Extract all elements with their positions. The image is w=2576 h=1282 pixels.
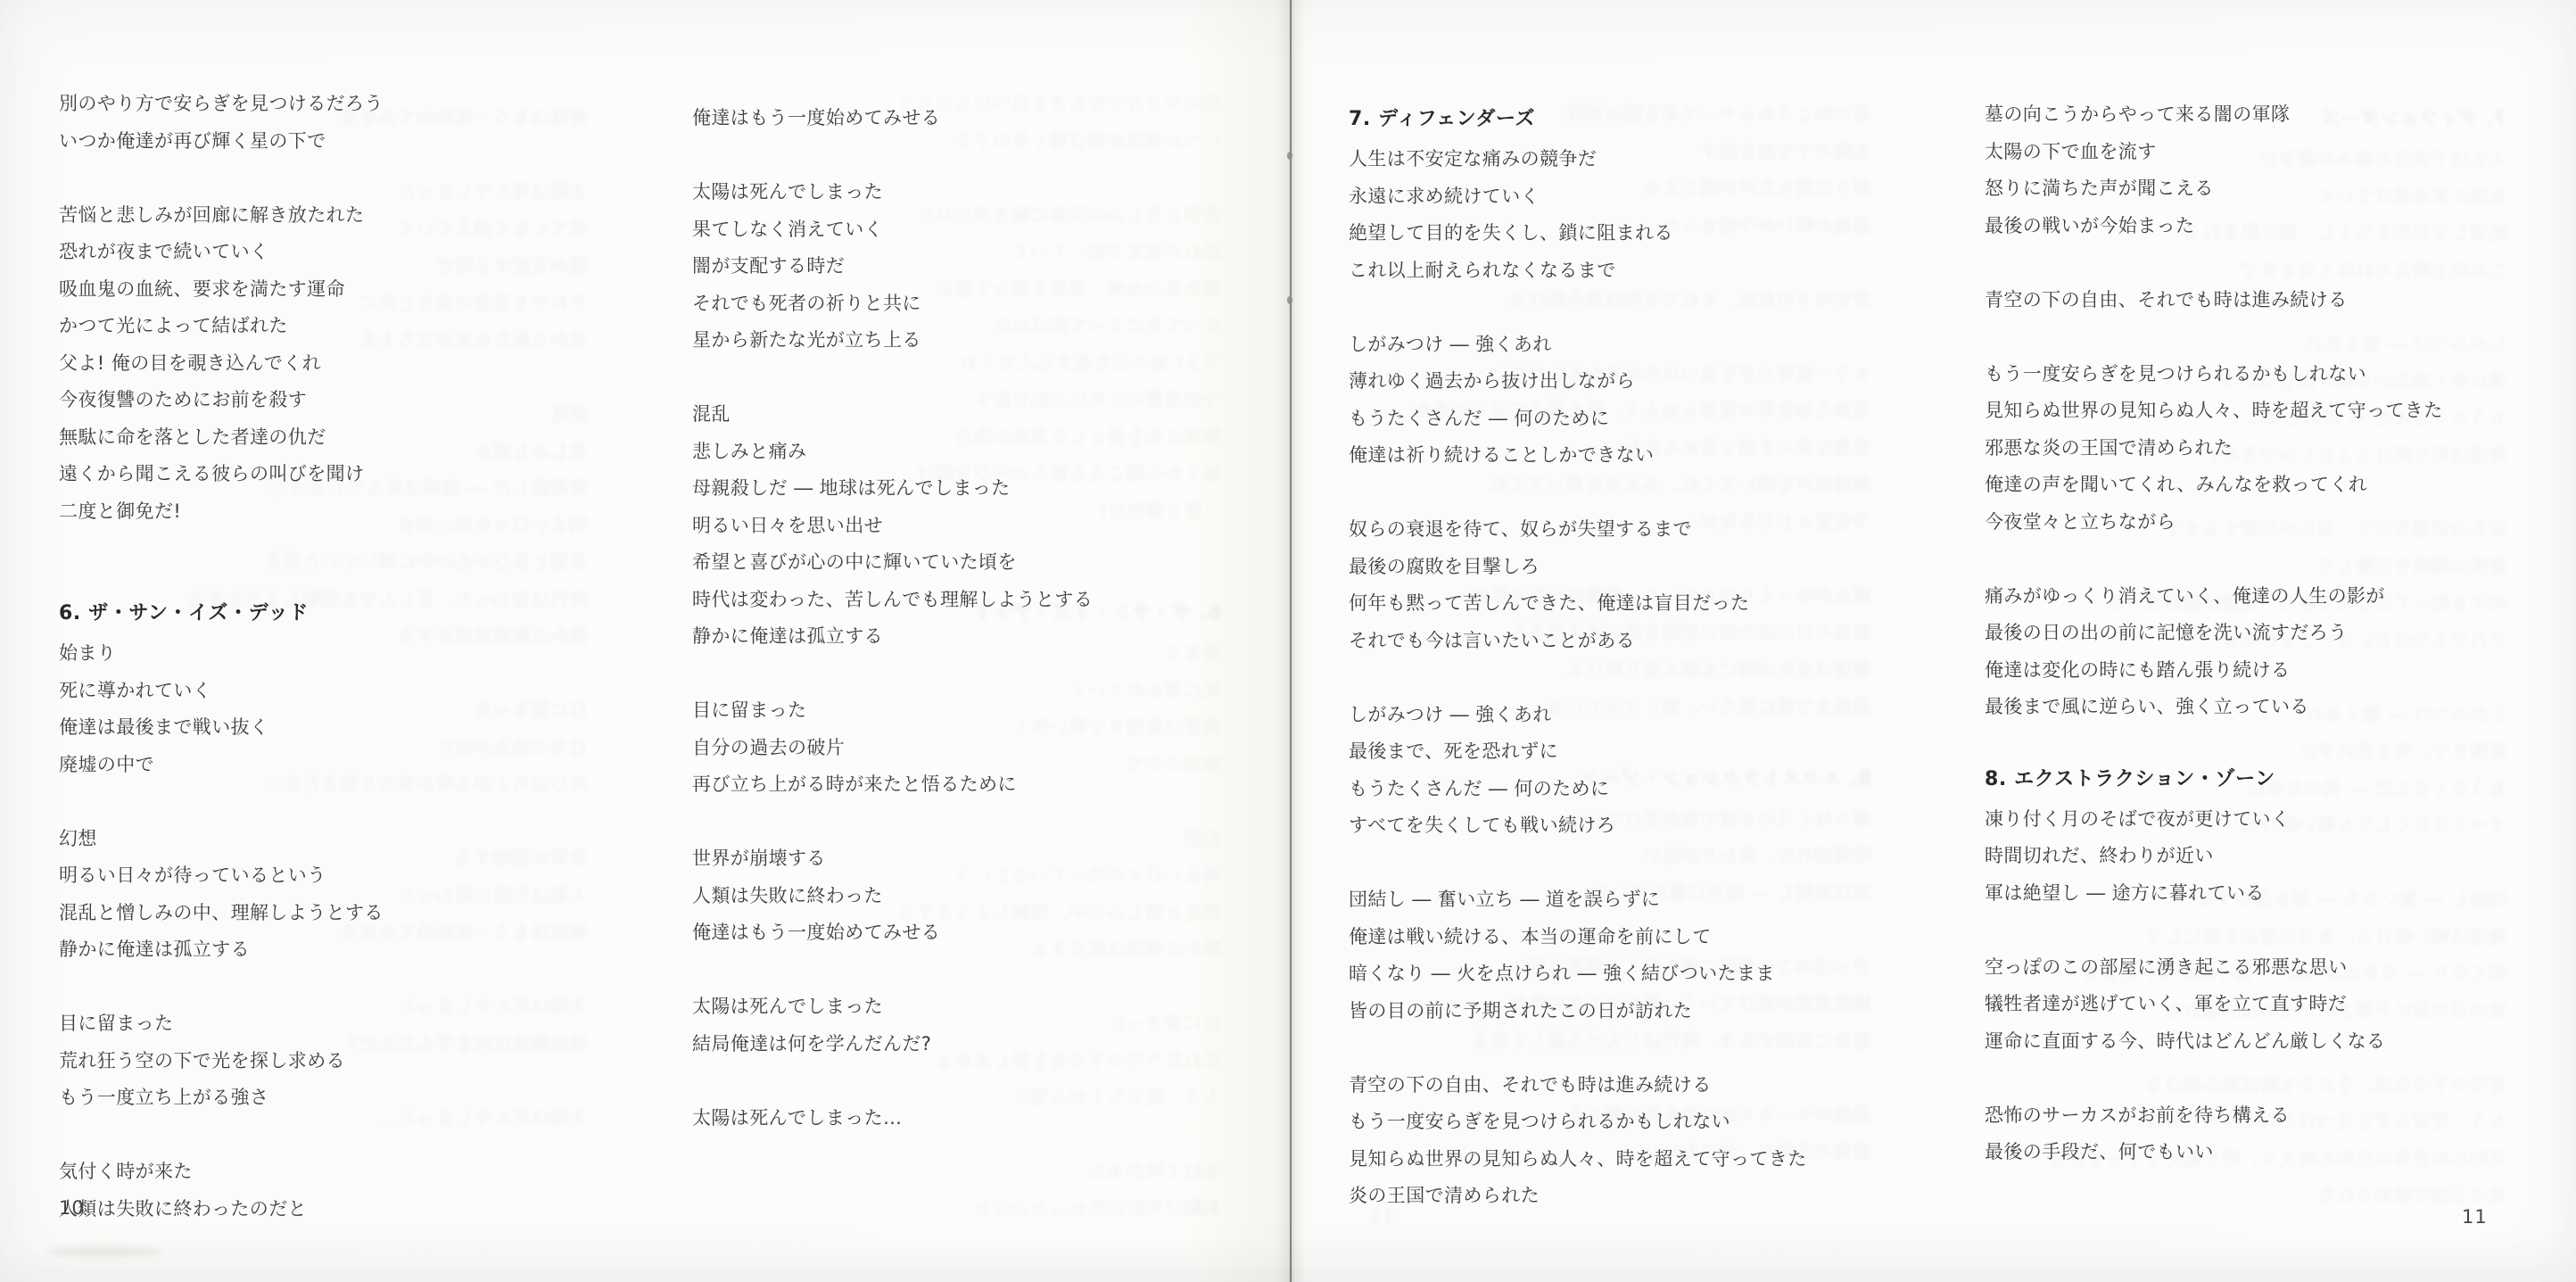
- lyric-line: 世界が崩壊する: [692, 840, 1263, 878]
- track-title: 7. ディフェンダーズ: [1349, 100, 1920, 139]
- lyric-line: 犠牲者達が逃げていく、軍を立て直す時だ: [1985, 986, 2555, 1023]
- lyric-line: もうたくさんだ ― 何のために: [1349, 771, 1920, 808]
- lyrics-column: 7. ディフェンダーズ人生は不安定な痛みの競争だ永遠に求め続けていく絶望して目的…: [1349, 100, 1920, 1215]
- lyric-line: 最後の日の出の前に記憶を洗い流すだろう: [1985, 615, 2555, 652]
- lyric-line: 太陽の下で血を流す: [1985, 134, 2555, 171]
- lyric-line: 俺達は祈り続けることしかできない: [1349, 437, 1920, 475]
- lyric-line: 最後まで風に逆らい、強く立っている: [1985, 689, 2555, 726]
- lyric-stanza: 混乱悲しみと痛み母親殺しだ ― 地球は死んでしまった明るい日々を思い出せ希望と喜…: [692, 396, 1263, 656]
- lyric-line: 苦悩と悲しみが回廊に解き放たれた: [59, 197, 630, 235]
- lyric-line: 別のやり方で安らぎを見つけるだろう: [59, 86, 630, 123]
- lyric-line: 希望と喜びが心の中に輝いていた頃を: [692, 544, 1263, 582]
- lyric-line: 薄れゆく過去から抜け出しながら: [1349, 363, 1920, 401]
- lyric-line: 凍り付く月のそばで夜が更けていく: [1985, 801, 2555, 839]
- lyric-stanza: 幻想明るい日々が待っているという混乱と憎しみの中、理解しようとする静かに俺達は孤…: [59, 821, 630, 969]
- lyric-stanza: 奴らの衰退を待て、奴らが失望するまで最後の腐敗を目撃しろ何年も黙って苦しんできた…: [1349, 511, 1920, 659]
- page-number: 11: [2462, 1206, 2488, 1228]
- lyric-line: これ以上耐えられなくなるまで: [1349, 252, 1920, 290]
- lyric-stanza: 団結し ― 奮い立ち ― 道を誤らずに俺達は戦い続ける、本当の運命を前にして暗く…: [1349, 881, 1920, 1030]
- lyric-line: 邪悪な炎の王国で清められた: [1985, 430, 2555, 467]
- lyric-line: 炎の王国で清められた: [1349, 1178, 1920, 1215]
- lyric-line: 永遠に求め続けていく: [1349, 178, 1920, 216]
- lyric-line: 最後の戦いが今始まった: [1985, 208, 2555, 245]
- lyrics-column: 別のやり方で安らぎを見つけるだろういつか俺達が再び輝く星の下で苦悩と悲しみが回廊…: [59, 86, 630, 1228]
- lyric-stanza: 別のやり方で安らぎを見つけるだろういつか俺達が再び輝く星の下で: [59, 86, 630, 160]
- lyric-line: 混乱: [692, 396, 1263, 434]
- lyric-line: 悲しみと痛み: [692, 434, 1263, 471]
- lyric-stanza: 痛みがゆっくり消えていく、俺達の人生の影が最後の日の出の前に記憶を洗い流すだろう…: [1985, 578, 2555, 726]
- lyric-line: すべてを失くしても戦い続けろ: [1349, 807, 1920, 845]
- lyric-line: 果てしなく消えていく: [692, 211, 1263, 249]
- lyric-line: 人生は不安定な痛みの競争だ: [1349, 141, 1920, 178]
- lyric-line: 目に留まった: [692, 692, 1263, 730]
- lyric-line: しがみつけ ― 強くあれ: [1349, 327, 1920, 364]
- lyric-line: 人類は失敗に終わったのだと: [59, 1191, 630, 1228]
- lyric-line: 青空の下の自由、それでも時は進み続ける: [1985, 282, 2555, 319]
- lyric-line: しがみつけ ― 強くあれ: [1349, 697, 1920, 734]
- lyric-line: 俺達はもう一度始めてみせる: [692, 100, 1263, 137]
- lyric-line: 再び立ち上がる時が来たと悟るために: [692, 766, 1263, 804]
- lyric-line: 墓の向こうからやって来る闇の軍隊: [1985, 96, 2555, 134]
- lyric-line: かつて光によって結ばれた: [59, 308, 630, 345]
- lyric-line: 今夜復讐のためにお前を殺す: [59, 382, 630, 419]
- lyric-stanza: 青空の下の自由、それでも時は進み続けるもう一度安らぎを見つけられるかもしれない見…: [1349, 1067, 1920, 1215]
- lyric-line: 明るい日々を思い出せ: [692, 508, 1263, 545]
- lyric-stanza: 太陽は死んでしまった結局俺達は何を学んだんだ?: [692, 988, 1263, 1063]
- lyric-line: 団結し ― 奮い立ち ― 道を誤らずに: [1349, 881, 1920, 919]
- lyric-line: 人類は失敗に終わった: [692, 878, 1263, 915]
- lyric-line: 俺達はもう一度始めてみせる: [692, 914, 1263, 952]
- lyric-line: 闇が支配する時だ: [692, 248, 1263, 285]
- lyric-line: 自分の過去の破片: [692, 730, 1263, 767]
- lyric-line: 最後まで、死を恐れずに: [1349, 733, 1920, 771]
- lyric-line: 絶望して目的を失くし、鎖に阻まれる: [1349, 215, 1920, 252]
- lyric-stanza: 太陽は死んでしまった…: [692, 1100, 1263, 1137]
- lyric-line: 俺達は戦い続ける、本当の運命を前にして: [1349, 919, 1920, 956]
- lyric-line: それでも今は言いたいことがある: [1349, 623, 1920, 660]
- lyric-line: 結局俺達は何を学んだんだ?: [692, 1026, 1263, 1063]
- lyrics-column: 墓の向こうからやって来る闇の軍隊太陽の下で血を流す怒りに満ちた声が聞こえる最後の…: [1985, 96, 2555, 1171]
- lyric-stanza: 太陽は死んでしまった果てしなく消えていく闇が支配する時だそれでも死者の祈りと共に…: [692, 174, 1263, 360]
- page-11-content: 7. ディフェンダーズ人生は不安定な痛みの競争だ永遠に求め続けていく絶望して目的…: [1291, 0, 2576, 1282]
- lyric-line: 見知らぬ世界の見知らぬ人々、時を超えて守ってきた: [1349, 1141, 1920, 1179]
- lyric-line: 静かに俺達は孤立する: [59, 931, 630, 969]
- lyric-line: 今夜堂々と立ちながら: [1985, 504, 2555, 542]
- lyric-line: 太陽は死んでしまった: [692, 174, 1263, 211]
- lyric-line: もう一度安らぎを見つけられるかもしれない: [1985, 356, 2555, 393]
- lyric-line: 荒れ狂う空の下で光を探し求める: [59, 1043, 630, 1080]
- lyric-line: 青空の下の自由、それでも時は進み続ける: [1349, 1067, 1920, 1104]
- lyric-line: 気付く時が来た: [59, 1154, 630, 1191]
- lyric-line: 軍は絶望し ― 途方に暮れている: [1985, 875, 2555, 913]
- lyric-line: 俺達は最後まで戦い抜く: [59, 709, 630, 747]
- lyric-line: 太陽は死んでしまった…: [692, 1100, 1263, 1137]
- lyric-line: 何年も黙って苦しんできた、俺達は盲目だった: [1349, 585, 1920, 623]
- lyric-line: 最後の腐敗を目撃しろ: [1349, 549, 1920, 586]
- lyric-line: 恐怖のサーカスがお前を待ち構える: [1985, 1097, 2555, 1135]
- lyric-line: 遠くから聞こえる彼らの叫びを聞け: [59, 456, 630, 493]
- lyric-line: 俺達は変化の時にも踏ん張り続ける: [1985, 652, 2555, 690]
- lyric-line: 死に導かれていく: [59, 673, 630, 710]
- lyric-stanza: 世界が崩壊する人類は失敗に終わった俺達はもう一度始めてみせる: [692, 840, 1263, 952]
- lyric-line: 混乱と憎しみの中、理解しようとする: [59, 895, 630, 932]
- lyric-line: 星から新たな光が立ち上る: [692, 322, 1263, 360]
- lyric-line: 目に留まった: [59, 1005, 630, 1043]
- lyric-line: 俺達の声を聞いてくれ、みんなを救ってくれ: [1985, 467, 2555, 504]
- booklet-spread: 別のやり方で安らぎを見つけるだろういつか俺達が再び輝く星の下で苦悩と悲しみが回廊…: [0, 0, 2576, 1282]
- lyric-line: それでも死者の祈りと共に: [692, 285, 1263, 323]
- page-11: 7. ディフェンダーズ人生は不安定な痛みの競争だ永遠に求め続けていく絶望して目的…: [1291, 0, 2576, 1282]
- lyric-stanza: 気付く時が来た人類は失敗に終わったのだと: [59, 1154, 630, 1228]
- lyric-line: 怒りに満ちた声が聞こえる: [1985, 170, 2555, 208]
- lyric-stanza: 墓の向こうからやって来る闇の軍隊太陽の下で血を流す怒りに満ちた声が聞こえる最後の…: [1985, 96, 2555, 244]
- lyric-line: 父よ! 俺の目を覗き込んでくれ: [59, 345, 630, 383]
- lyric-line: 廃墟の中で: [59, 747, 630, 784]
- lyric-line: 時間切れだ、終わりが近い: [1985, 838, 2555, 875]
- lyric-stanza: 始まり死に導かれていく俺達は最後まで戦い抜く廃墟の中で: [59, 635, 630, 783]
- lyric-line: もうたくさんだ ― 何のために: [1349, 401, 1920, 438]
- lyric-stanza: 恐怖のサーカスがお前を待ち構える最後の手段だ、何でもいい: [1985, 1097, 2555, 1171]
- lyric-line: 皆の目の前に予期されたこの日が訪れた: [1349, 993, 1920, 1030]
- lyric-stanza: 青空の下の自由、それでも時は進み続ける: [1985, 282, 2555, 319]
- lyric-line: もう一度安らぎを見つけられるかもしれない: [1349, 1104, 1920, 1141]
- lyrics-column: 俺達はもう一度始めてみせる太陽は死んでしまった果てしなく消えていく闇が支配する時…: [692, 100, 1263, 1137]
- lyric-line: 吸血鬼の血統、要求を満たす運命: [59, 271, 630, 309]
- lyric-line: 太陽は死んでしまった: [692, 988, 1263, 1026]
- lyric-line: いつか俺達が再び輝く星の下で: [59, 123, 630, 161]
- page-10: 別のやり方で安らぎを見つけるだろういつか俺達が再び輝く星の下で苦悩と悲しみが回廊…: [0, 0, 1291, 1282]
- page-10-content: 別のやり方で安らぎを見つけるだろういつか俺達が再び輝く星の下で苦悩と悲しみが回廊…: [0, 0, 1291, 1282]
- lyric-line: 明るい日々が待っているという: [59, 857, 630, 895]
- lyric-line: 静かに俺達は孤立する: [692, 618, 1263, 656]
- lyric-stanza: 目に留まった自分の過去の破片再び立ち上がる時が来たと悟るために: [692, 692, 1263, 804]
- lyric-line: 幻想: [59, 821, 630, 858]
- lyric-stanza: 凍り付く月のそばで夜が更けていく時間切れだ、終わりが近い軍は絶望し ― 途方に暮…: [1985, 801, 2555, 913]
- lyric-stanza: 目に留まった荒れ狂う空の下で光を探し求めるもう一度立ち上がる強さ: [59, 1005, 630, 1117]
- lyric-line: 暗くなり ― 火を点けられ ― 強く結びついたまま: [1349, 955, 1920, 993]
- lyric-line: 奴らの衰退を待て、奴らが失望するまで: [1349, 511, 1920, 549]
- lyric-line: 二度と御免だ!: [59, 493, 630, 531]
- lyric-line: 空っぽのこの部屋に湧き起こる邪悪な思い: [1985, 949, 2555, 987]
- lyric-line: 恐れが夜まで続いていく: [59, 234, 630, 271]
- lyric-line: もう一度立ち上がる強さ: [59, 1079, 630, 1117]
- lyric-line: 運命に直面する今、時代はどんどん厳しくなる: [1985, 1023, 2555, 1061]
- track-title: 8. エクストラクション・ゾーン: [1985, 760, 2555, 799]
- lyric-line: 最後の手段だ、何でもいい: [1985, 1134, 2555, 1171]
- lyric-stanza: しがみつけ ― 強くあれ最後まで、死を恐れずにもうたくさんだ ― 何のためにすべ…: [1349, 697, 1920, 845]
- lyric-line: 時代は変わった、苦しんでも理解しようとする: [692, 582, 1263, 619]
- lyric-line: 見知らぬ世界の見知らぬ人々、時を超えて守ってきた: [1985, 393, 2555, 430]
- lyric-stanza: 空っぽのこの部屋に湧き起こる邪悪な思い犠牲者達が逃げていく、軍を立て直す時だ運命…: [1985, 949, 2555, 1061]
- lyric-stanza: 俺達はもう一度始めてみせる: [692, 100, 1263, 137]
- lyric-stanza: しがみつけ ― 強くあれ薄れゆく過去から抜け出しながらもうたくさんだ ― 何のた…: [1349, 327, 1920, 475]
- lyric-line: 始まり: [59, 635, 630, 673]
- lyric-stanza: 人生は不安定な痛みの競争だ永遠に求め続けていく絶望して目的を失くし、鎖に阻まれる…: [1349, 141, 1920, 289]
- lyric-line: 母親殺しだ ― 地球は死んでしまった: [692, 470, 1263, 508]
- page-number: 10: [59, 1197, 85, 1219]
- lyric-stanza: 苦悩と悲しみが回廊に解き放たれた恐れが夜まで続いていく吸血鬼の血統、要求を満たす…: [59, 197, 630, 531]
- lyric-line: 無駄に命を落とした者達の仇だ: [59, 419, 630, 457]
- track-title: 6. ザ・サン・イズ・デッド: [59, 594, 630, 633]
- lyric-line: 痛みがゆっくり消えていく、俺達の人生の影が: [1985, 578, 2555, 616]
- lyric-stanza: もう一度安らぎを見つけられるかもしれない見知らぬ世界の見知らぬ人々、時を超えて守…: [1985, 356, 2555, 542]
